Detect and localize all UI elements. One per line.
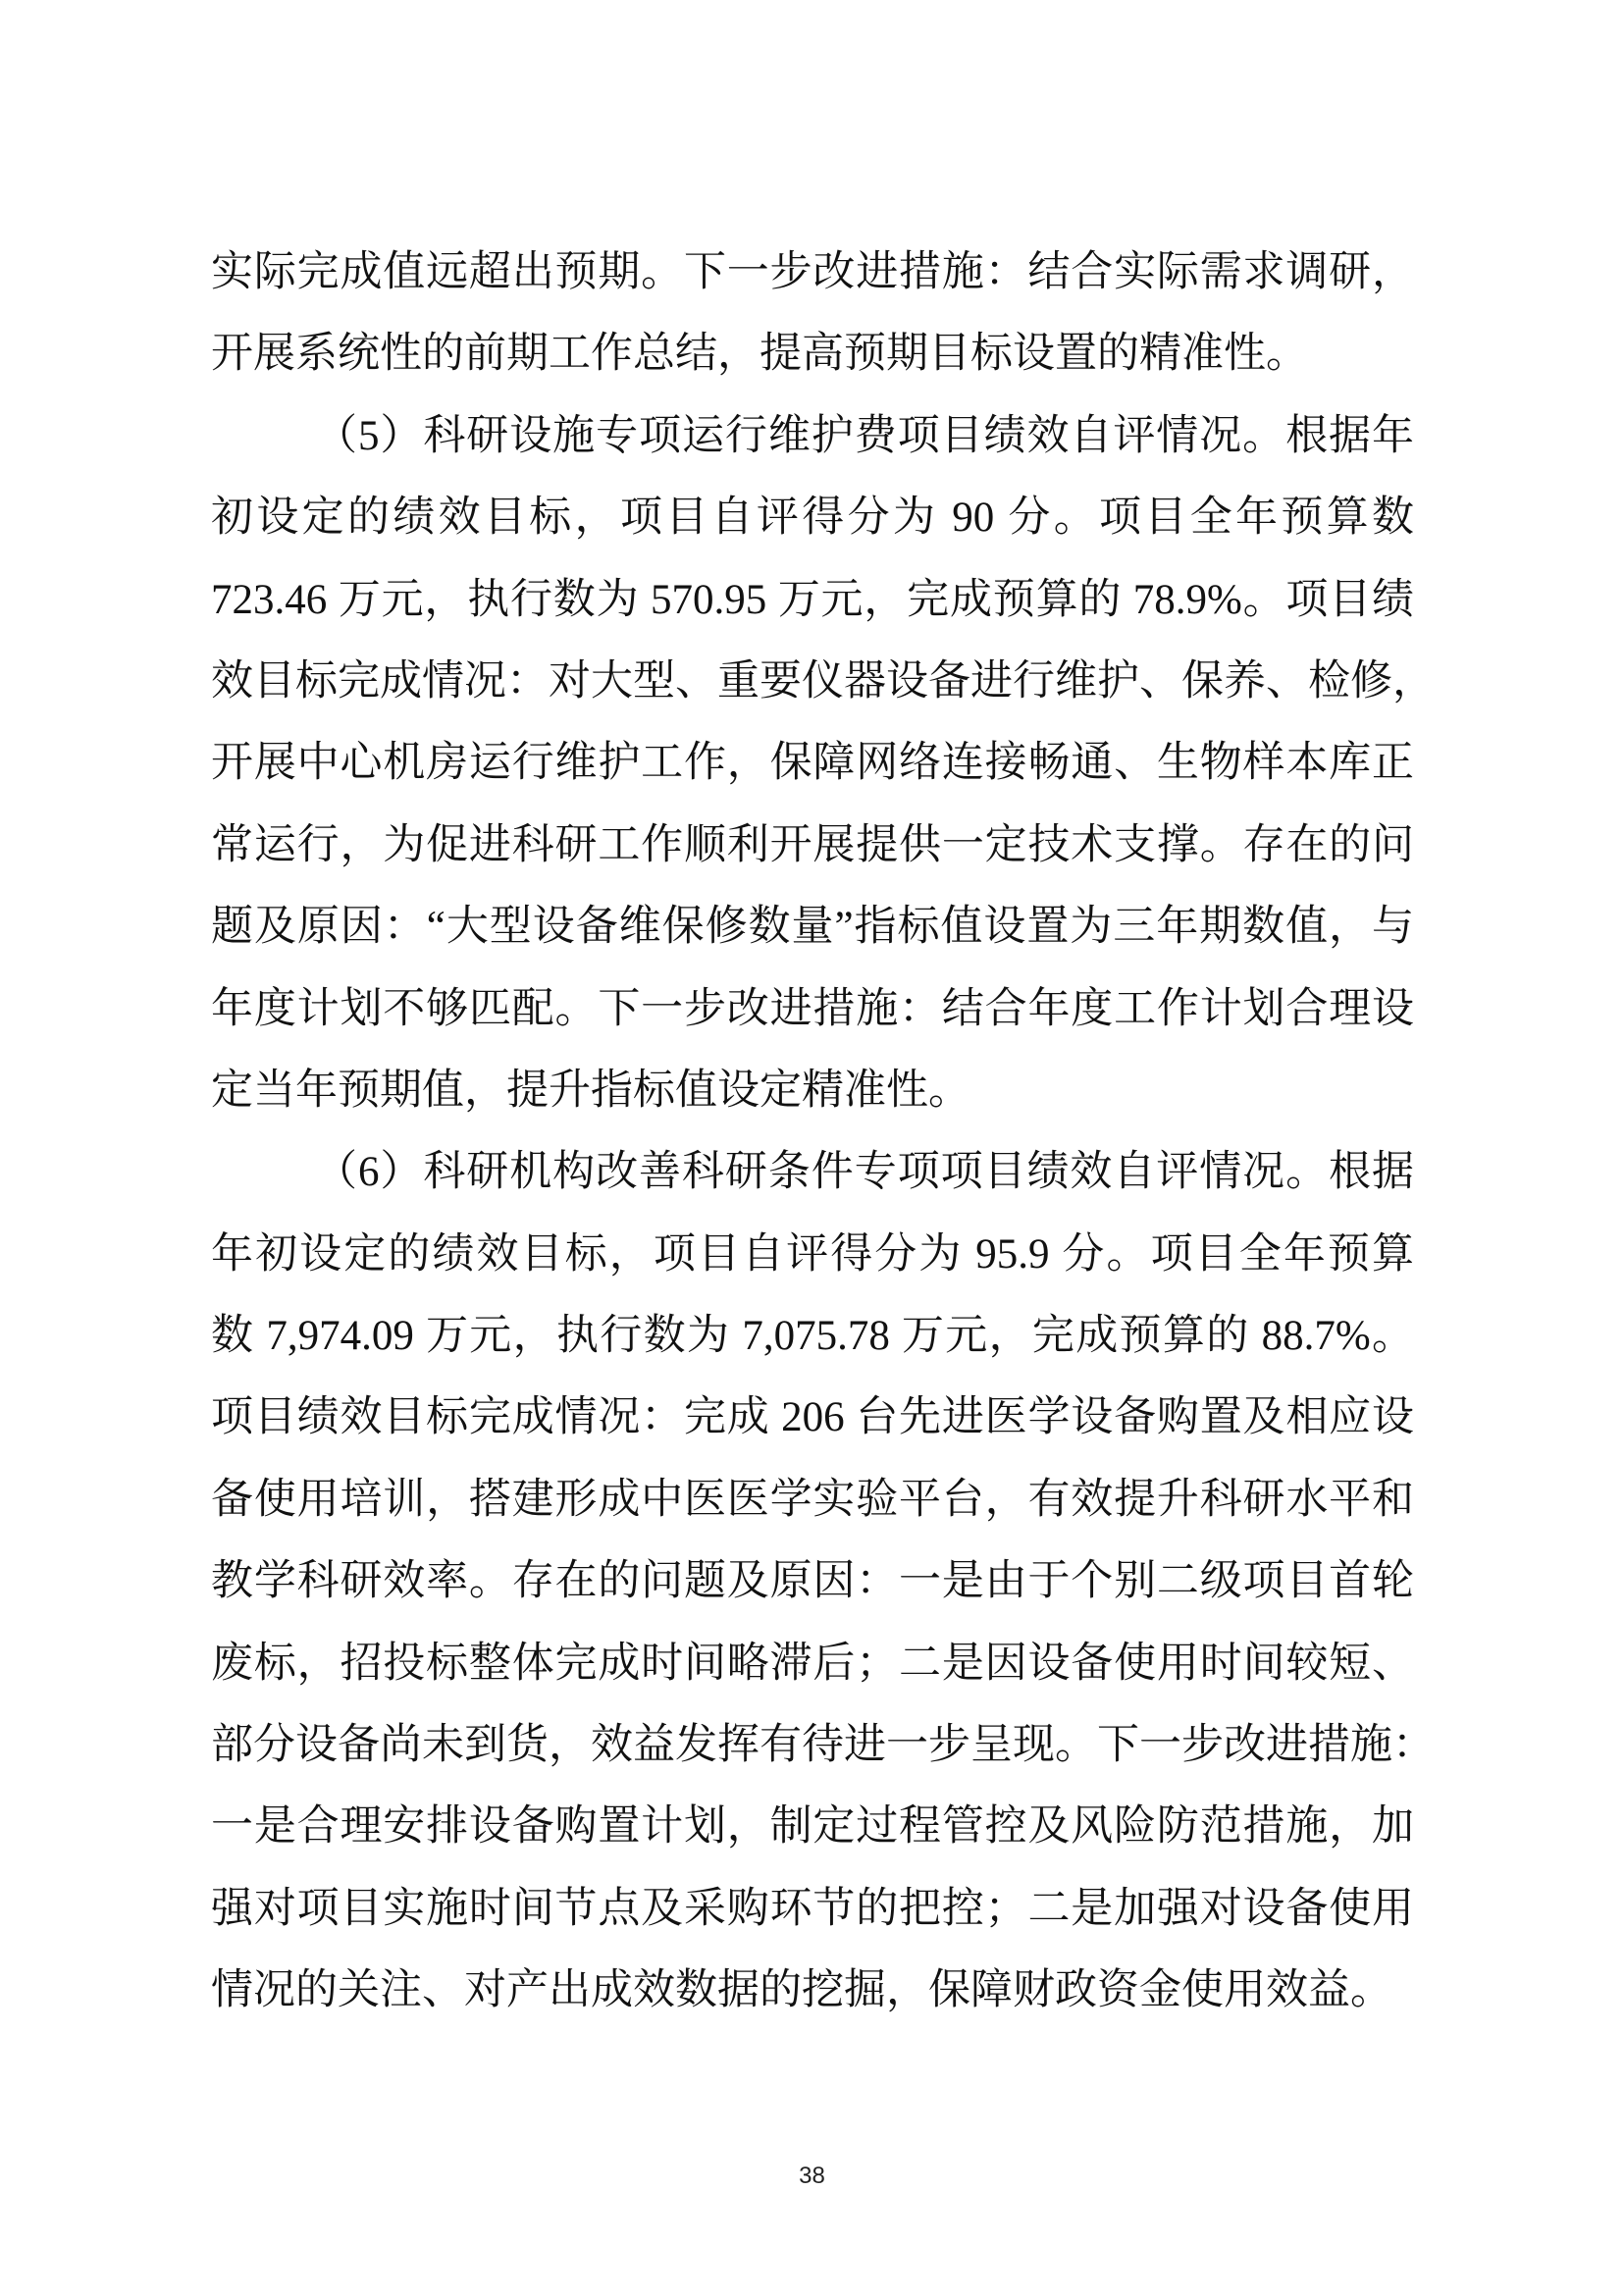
text-line: 年初设定的绩效目标，项目自评得分为 95.9 分。项目全年预算 xyxy=(211,1224,1414,1305)
text-line: 备使用培训，搭建形成中医医学实验平台，有效提升科研水平和 xyxy=(211,1469,1414,1550)
text-line: 题及原因：“大型设备维保修数量”指标值设置为三年期数值，与 xyxy=(211,896,1414,977)
text-line: 废标，招投标整体完成时间略滞后；二是因设备使用时间较短、 xyxy=(211,1633,1414,1714)
text-line: 定当年预期值，提升指标值设定精准性。 xyxy=(211,1060,1414,1141)
section-heading-line: （5）科研设施专项运行维护费项目绩效自评情况。根据年 xyxy=(211,405,1414,487)
document-page: 实际完成值远超出预期。下一步改进措施：结合实际需求调研， 开展系统性的前期工作总… xyxy=(0,0,1624,2295)
text-line: 开展系统性的前期工作总结，提高预期目标设置的精准性。 xyxy=(211,323,1414,404)
text-line: 实际完成值远超出预期。下一步改进措施：结合实际需求调研， xyxy=(211,241,1414,323)
text-line: 效目标完成情况：对大型、重要仪器设备进行维护、保养、检修， xyxy=(211,651,1414,732)
text-line: 数 7,974.09 万元，执行数为 7,075.78 万元，完成预算的 88.… xyxy=(211,1305,1414,1386)
text-line: 教学科研效率。存在的问题及原因：一是由于个别二级项目首轮 xyxy=(211,1550,1414,1632)
body-text: 实际完成值远超出预期。下一步改进措施：结合实际需求调研， 开展系统性的前期工作总… xyxy=(211,241,1414,2042)
text-line: 一是合理安排设备购置计划，制定过程管控及风险防范措施，加 xyxy=(211,1796,1414,1877)
text-line: 常运行，为促进科研工作顺利开展提供一定技术支撑。存在的问 xyxy=(211,814,1414,896)
text-line: 强对项目实施时间节点及采购环节的把控；二是加强对设备使用 xyxy=(211,1878,1414,1959)
page-number: 38 xyxy=(0,2163,1624,2190)
text-line: 项目绩效目标完成情况：完成 206 台先进医学设备购置及相应设 xyxy=(211,1386,1414,1468)
text-line: 情况的关注、对产出成效数据的挖掘，保障财政资金使用效益。 xyxy=(211,1959,1414,2041)
text-line: 723.46 万元，执行数为 570.95 万元，完成预算的 78.9%。项目绩 xyxy=(211,569,1414,651)
section-heading-line: （6）科研机构改善科研条件专项项目绩效自评情况。根据 xyxy=(211,1141,1414,1223)
text-line: 初设定的绩效目标，项目自评得分为 90 分。项目全年预算数 xyxy=(211,487,1414,568)
text-line: 开展中心机房运行维护工作，保障网络连接畅通、生物样本库正 xyxy=(211,732,1414,813)
text-line: 部分设备尚未到货，效益发挥有待进一步呈现。下一步改进措施： xyxy=(211,1714,1414,1796)
text-line: 年度计划不够匹配。下一步改进措施：结合年度工作计划合理设 xyxy=(211,978,1414,1060)
